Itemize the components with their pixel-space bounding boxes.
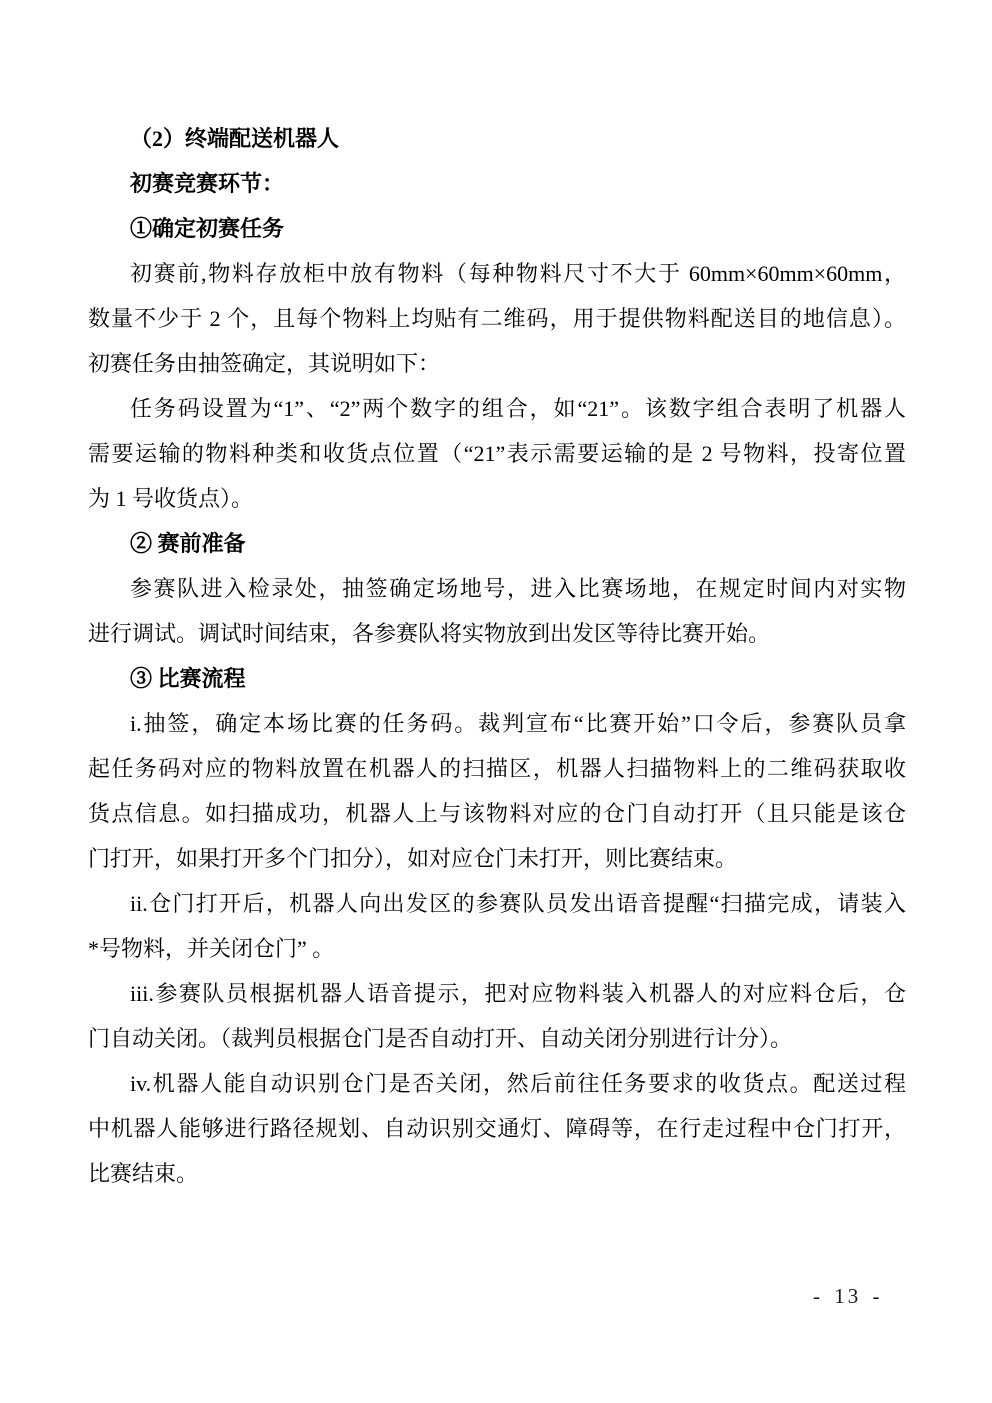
text-line: 需要运输的物料种类和收货点位置（“21”表示需要运输的是 2 号物料，投寄位置 (88, 431, 906, 476)
text-line: 初赛前,物料存放柜中放有物料（每种物料尺寸不大于 60mm×60mm×60mm， (88, 251, 906, 296)
text-line: 初赛任务由抽签确定，其说明如下： (88, 341, 906, 386)
text-line: 进行调试。调试时间结束，各参赛队将实物放到出发区等待比赛开始。 (88, 611, 906, 656)
heading-line: ③ 比赛流程 (88, 656, 906, 701)
text-line: *号物料，并关闭仓门” 。 (88, 926, 906, 971)
heading-line: ② 赛前准备 (88, 521, 906, 566)
text-line: 货点信息。如扫描成功，机器人上与该物料对应的仓门自动打开（且只能是该仓 (88, 791, 906, 836)
text-line: 起任务码对应的物料放置在机器人的扫描区，机器人扫描物料上的二维码获取收 (88, 746, 906, 791)
text-line: 门打开，如果打开多个门扣分），如对应仓门未打开，则比赛结束。 (88, 836, 906, 881)
document-content: （2）终端配送机器人初赛竞赛环节：①确定初赛任务初赛前,物料存放柜中放有物料（每… (88, 116, 906, 1196)
document-page: （2）终端配送机器人初赛竞赛环节：①确定初赛任务初赛前,物料存放柜中放有物料（每… (0, 0, 992, 1403)
text-line: 为 1 号收货点）。 (88, 476, 906, 521)
text-line: ii.仓门打开后，机器人向出发区的参赛队员发出语音提醒“扫描完成，请装入 (88, 881, 906, 926)
text-line: 数量不少于 2 个，且每个物料上均贴有二维码，用于提供物料配送目的地信息）。 (88, 296, 906, 341)
heading-line: （2）终端配送机器人 (88, 116, 906, 161)
text-line: 参赛队进入检录处，抽签确定场地号，进入比赛场地，在规定时间内对实物 (88, 566, 906, 611)
page-number: - 13 - (813, 1284, 883, 1309)
heading-line: ①确定初赛任务 (88, 206, 906, 251)
text-line: 中机器人能够进行路径规划、自动识别交通灯、障碍等，在行走过程中仓门打开， (88, 1106, 906, 1151)
text-line: i.抽签，确定本场比赛的任务码。裁判宣布“比赛开始”口令后，参赛队员拿 (88, 701, 906, 746)
heading-line: 初赛竞赛环节： (88, 161, 906, 206)
text-line: iv.机器人能自动识别仓门是否关闭，然后前往任务要求的收货点。配送过程 (88, 1061, 906, 1106)
text-line: iii.参赛队员根据机器人语音提示，把对应物料装入机器人的对应料仓后，仓 (88, 971, 906, 1016)
text-line: 比赛结束。 (88, 1151, 906, 1196)
text-line: 门自动关闭。（裁判员根据仓门是否自动打开、自动关闭分别进行计分）。 (88, 1016, 906, 1061)
text-line: 任务码设置为“1”、“2”两个数字的组合，如“21”。该数字组合表明了机器人 (88, 386, 906, 431)
